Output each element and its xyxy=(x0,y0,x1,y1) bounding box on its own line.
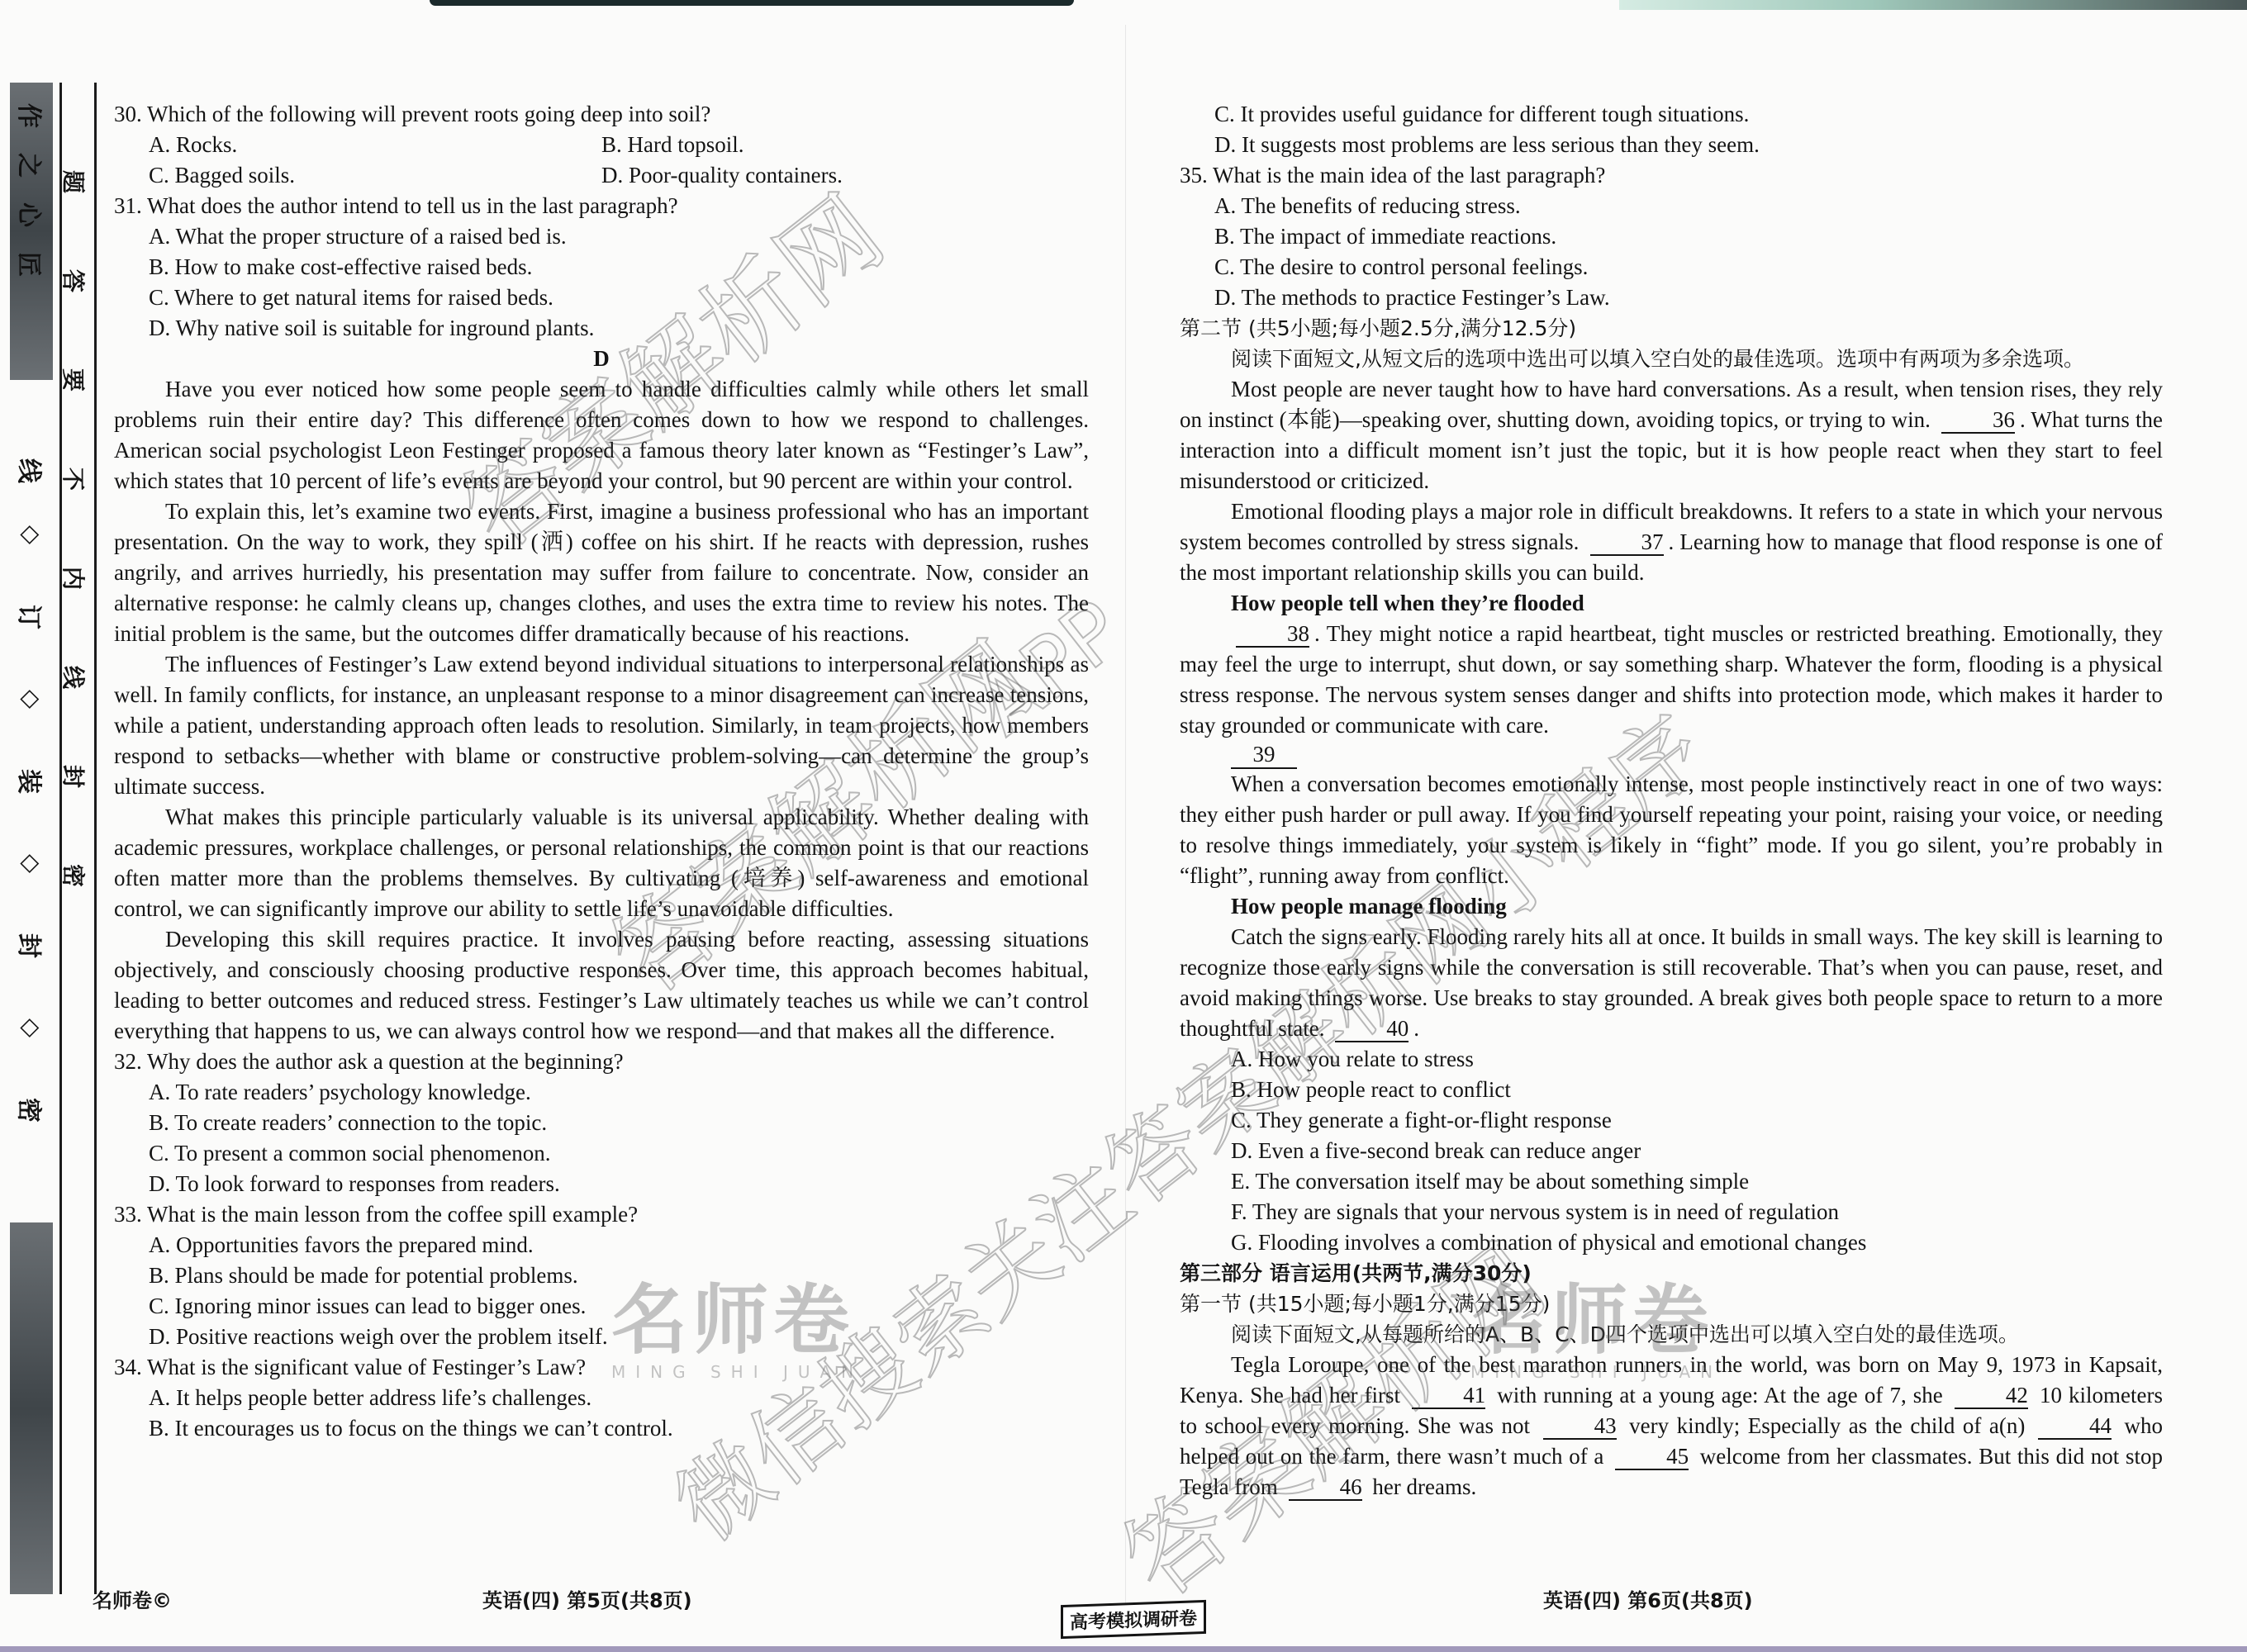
blank-46[interactable]: 46 xyxy=(1289,1474,1362,1501)
option-b: B. The impact of immediate reactions. xyxy=(1180,221,2163,252)
question-32: 32. Why does the author ask a question a… xyxy=(114,1047,1089,1199)
passage-paragraph: 38. They might notice a rapid heartbeat,… xyxy=(1180,619,2163,741)
option-b: B. Hard topsoil. xyxy=(601,130,1089,160)
publisher-brand: 名师卷© xyxy=(93,1584,172,1613)
passage-label: D xyxy=(114,344,1089,374)
choice-e: E. The conversation itself may be about … xyxy=(1180,1166,2163,1197)
choice-b: B. How people react to conflict xyxy=(1180,1075,2163,1105)
option-a: A. Opportunities favors the prepared min… xyxy=(114,1230,1089,1260)
choice-a: A. How you relate to stress xyxy=(1180,1044,2163,1075)
passage-paragraph: Emotional flooding plays a major role in… xyxy=(1180,496,2163,588)
blank-37[interactable]: 37 xyxy=(1590,529,1664,556)
scan-edge-bottom xyxy=(0,1646,2247,1652)
option-c: C. Where to get natural items for raised… xyxy=(114,282,1089,313)
option-b: B. To create readers’ connection to the … xyxy=(114,1108,1089,1138)
blank-40[interactable]: 40 xyxy=(1335,1016,1409,1042)
passage-paragraph: What makes this principle particularly v… xyxy=(114,802,1089,924)
choice-g: G. Flooding involves a combination of ph… xyxy=(1180,1227,2163,1258)
page-number-right: 英语(四) 第6页(共8页) xyxy=(1543,1584,1753,1613)
section-instruction: 阅读下面短文,从短文后的选项中选出可以填入空白处的最佳选项。选项中有两项为多余选… xyxy=(1180,344,2163,374)
option-c: C. The desire to control personal feelin… xyxy=(1180,252,2163,282)
option-a: A. The benefits of reducing stress. xyxy=(1180,191,2163,221)
question-stem: 35. What is the main idea of the last pa… xyxy=(1180,160,2163,191)
option-c: C. It provides useful guidance for diffe… xyxy=(1180,99,2163,130)
option-a: A. To rate readers’ psychology knowledge… xyxy=(114,1077,1089,1108)
binding-dark-block-bottom xyxy=(10,1222,53,1594)
passage-paragraph: When a conversation becomes emotionally … xyxy=(1180,769,2163,891)
option-d: D. The methods to practice Festinger’s L… xyxy=(1180,282,2163,313)
passage-paragraph: Most people are never taught how to have… xyxy=(1180,374,2163,496)
question-33: 33. What is the main lesson from the cof… xyxy=(114,1199,1089,1352)
watermark-logo: 名师卷MING SHI JUAN xyxy=(1470,1260,1722,1382)
scan-edge-top-left xyxy=(430,0,1074,6)
binding-seal-line: 线 ◇ 订 ◇ 装 ◇ 封 ◇ 密 xyxy=(10,446,53,1153)
blank-44[interactable]: 44 xyxy=(2038,1413,2112,1440)
question-stem: 34. What is the significant value of Fes… xyxy=(114,1352,1089,1383)
option-a: A. It helps people better address life’s… xyxy=(114,1383,1089,1413)
passage-paragraph: The influences of Festinger’s Law extend… xyxy=(114,649,1089,802)
subheading: How people manage flooding xyxy=(1180,891,2163,922)
binding-motto: 作 之 心 匠 xyxy=(10,91,53,289)
choice-c: C. They generate a fight-or-flight respo… xyxy=(1180,1105,2163,1136)
choice-d: D. Even a five-second break can reduce a… xyxy=(1180,1136,2163,1166)
watermark-logo: 名师卷MING SHI JUAN xyxy=(611,1260,863,1382)
blank-36[interactable]: 36 xyxy=(1941,407,2015,434)
option-c: C. To present a common social phenomenon… xyxy=(114,1138,1089,1169)
blank-38[interactable]: 38 xyxy=(1236,621,1309,648)
binding-line-inner xyxy=(94,83,97,1594)
passage-paragraph: Developing this skill requires practice.… xyxy=(114,924,1089,1047)
question-35: 35. What is the main idea of the last pa… xyxy=(1180,160,2163,313)
exam-series-badge: 高考模拟调研卷 xyxy=(1061,1600,1206,1639)
left-page: 30. Which of the following will prevent … xyxy=(114,99,1089,1444)
binding-warning-text: 题 答 要 不 内 线 封 密 xyxy=(58,132,91,925)
option-b: B. It encourages us to focus on the thin… xyxy=(114,1413,1089,1444)
question-stem: 33. What is the main lesson from the cof… xyxy=(114,1199,1089,1230)
question-stem: 31. What does the author intend to tell … xyxy=(114,191,1089,221)
question-34-continued: C. It provides useful guidance for diffe… xyxy=(1180,99,2163,160)
option-c: C. Bagged soils. xyxy=(149,160,601,191)
blank-39[interactable]: 39 xyxy=(1231,741,1297,769)
option-b: B. How to make cost-effective raised bed… xyxy=(114,252,1089,282)
subheading: How people tell when they’re flooded xyxy=(1180,588,2163,619)
question-stem: 32. Why does the author ask a question a… xyxy=(114,1047,1089,1077)
choice-f: F. They are signals that your nervous sy… xyxy=(1180,1197,2163,1227)
binding-margin: 作 之 心 匠 线 ◇ 订 ◇ 装 ◇ 封 ◇ 密 xyxy=(7,83,55,1594)
options: A. Rocks. B. Hard topsoil. C. Bagged soi… xyxy=(114,130,1089,191)
blank-42[interactable]: 42 xyxy=(1955,1383,2028,1409)
question-34: 34. What is the significant value of Fes… xyxy=(114,1352,1089,1444)
option-d: D. Why native soil is suitable for ingro… xyxy=(114,313,1089,344)
blank-45[interactable]: 45 xyxy=(1615,1444,1689,1470)
passage-paragraph: To explain this, let’s examine two event… xyxy=(114,496,1089,649)
option-d: D. To look forward to responses from rea… xyxy=(114,1169,1089,1199)
option-a: A. What the proper structure of a raised… xyxy=(114,221,1089,252)
question-31: 31. What does the author intend to tell … xyxy=(114,191,1089,344)
option-a: A. Rocks. xyxy=(149,130,601,160)
question-stem: 30. Which of the following will prevent … xyxy=(114,99,1089,130)
passage-paragraph: Have you ever noticed how some people se… xyxy=(114,374,1089,496)
scan-edge-top-right xyxy=(1619,0,2247,10)
option-d: D. Poor-quality containers. xyxy=(601,160,1089,191)
choice-list: A. How you relate to stress B. How peopl… xyxy=(1180,1044,2163,1258)
option-c: C. Ignoring minor issues can lead to big… xyxy=(114,1291,1089,1322)
option-b: B. Plans should be made for potential pr… xyxy=(114,1260,1089,1291)
section-heading: 第二节 (共5小题;每小题2.5分,满分12.5分) xyxy=(1180,313,2163,344)
blank-41[interactable]: 41 xyxy=(1412,1383,1485,1409)
option-d: D. Positive reactions weigh over the pro… xyxy=(114,1322,1089,1352)
page-fold xyxy=(1125,25,1126,1627)
passage-paragraph: Catch the signs early. Flooding rarely h… xyxy=(1180,922,2163,1044)
question-30: 30. Which of the following will prevent … xyxy=(114,99,1089,191)
page-number-left: 英语(四) 第5页(共8页) xyxy=(482,1584,692,1613)
option-d: D. It suggests most problems are less se… xyxy=(1180,130,2163,160)
blank-43[interactable]: 43 xyxy=(1543,1413,1617,1440)
